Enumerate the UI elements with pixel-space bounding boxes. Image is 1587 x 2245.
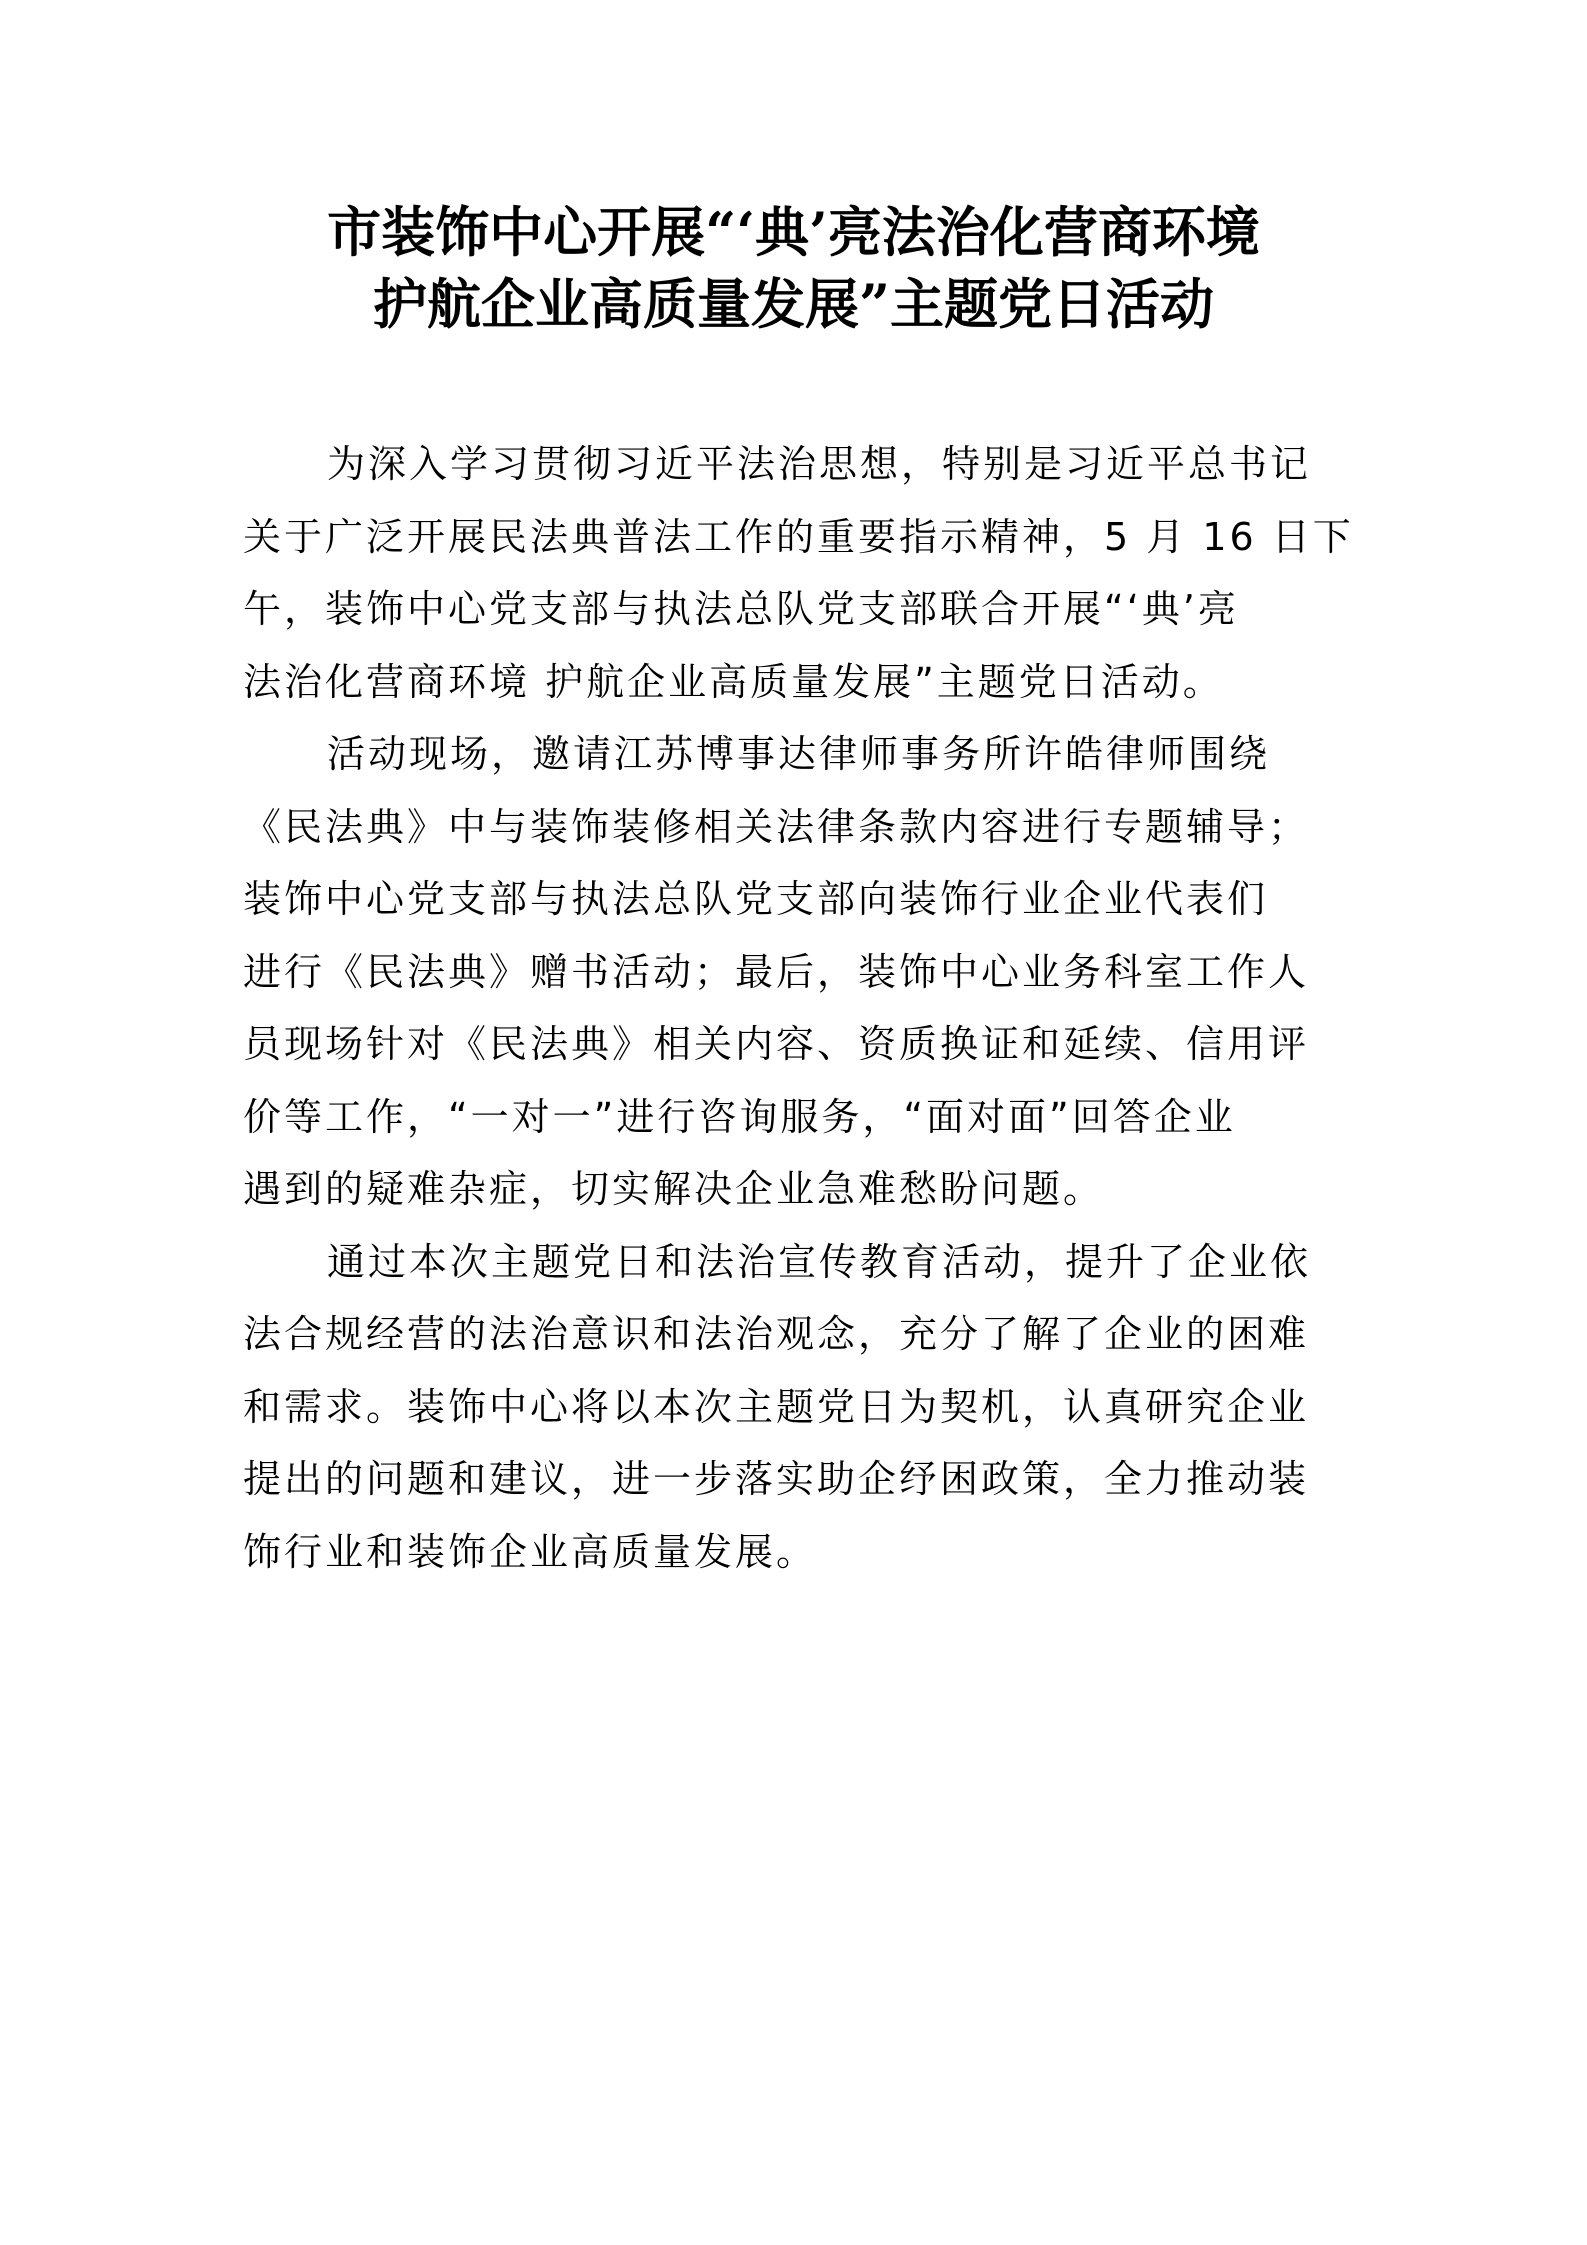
title-line: 护航企业高质量发展”主题党日活动 <box>0 268 1587 340</box>
paragraph-line: 和需求。装饰中心将以本次主题党日为契机，认真研究企业 <box>243 1371 1353 1444</box>
paragraph-line: 法合规经营的法治意识和法治观念，充分了解了企业的困难 <box>243 1298 1353 1371</box>
paragraph-line: 为深入学习贯彻习近平法治思想，特别是习近平总书记 <box>243 428 1353 501</box>
paragraph-line: 饰行业和装饰企业高质量发展。 <box>243 1516 1353 1589</box>
paragraph-3: 通过本次主题党日和法治宣传教育活动，提升了企业依 法合规经营的法治意识和法治观念… <box>243 1226 1353 1589</box>
paragraph-line: 关于广泛开展民法典普法工作的重要指示精神，5 月 16 日下 <box>243 501 1353 574</box>
paragraph-line: 进行《民法典》赠书活动；最后，装饰中心业务科室工作人 <box>243 936 1353 1009</box>
document-page: 市装饰中心开展“‘典’亮法治化营商环境 护航企业高质量发展”主题党日活动 为深入… <box>0 0 1587 2245</box>
paragraph-line: 提出的问题和建议，进一步落实助企纾困政策，全力推动装 <box>243 1443 1353 1516</box>
paragraph-line: 活动现场，邀请江苏博事达律师事务所许皓律师围绕 <box>243 718 1353 791</box>
paragraph-line: 遇到的疑难杂症，切实解决企业急难愁盼问题。 <box>243 1153 1353 1226</box>
paragraph-line: 价等工作，“一对一”进行咨询服务，“面对面”回答企业 <box>243 1081 1353 1154</box>
paragraph-1: 为深入学习贯彻习近平法治思想，特别是习近平总书记 关于广泛开展民法典普法工作的重… <box>243 428 1353 718</box>
paragraph-line: 装饰中心党支部与执法总队党支部向装饰行业企业代表们 <box>243 863 1353 936</box>
document-title: 市装饰中心开展“‘典’亮法治化营商环境 护航企业高质量发展”主题党日活动 <box>0 196 1587 340</box>
paragraph-line: 午，装饰中心党支部与执法总队党支部联合开展“‘典’亮 <box>243 573 1353 646</box>
document-body: 为深入学习贯彻习近平法治思想，特别是习近平总书记 关于广泛开展民法典普法工作的重… <box>243 428 1353 1588</box>
paragraph-line: 员现场针对《民法典》相关内容、资质换证和延续、信用评 <box>243 1008 1353 1081</box>
title-line: 市装饰中心开展“‘典’亮法治化营商环境 <box>0 196 1587 268</box>
paragraph-2: 活动现场，邀请江苏博事达律师事务所许皓律师围绕 《民法典》中与装饰装修相关法律条… <box>243 718 1353 1226</box>
paragraph-line: 通过本次主题党日和法治宣传教育活动，提升了企业依 <box>243 1226 1353 1299</box>
paragraph-line: 法治化营商环境 护航企业高质量发展”主题党日活动。 <box>243 646 1353 719</box>
paragraph-line: 《民法典》中与装饰装修相关法律条款内容进行专题辅导； <box>243 791 1353 864</box>
